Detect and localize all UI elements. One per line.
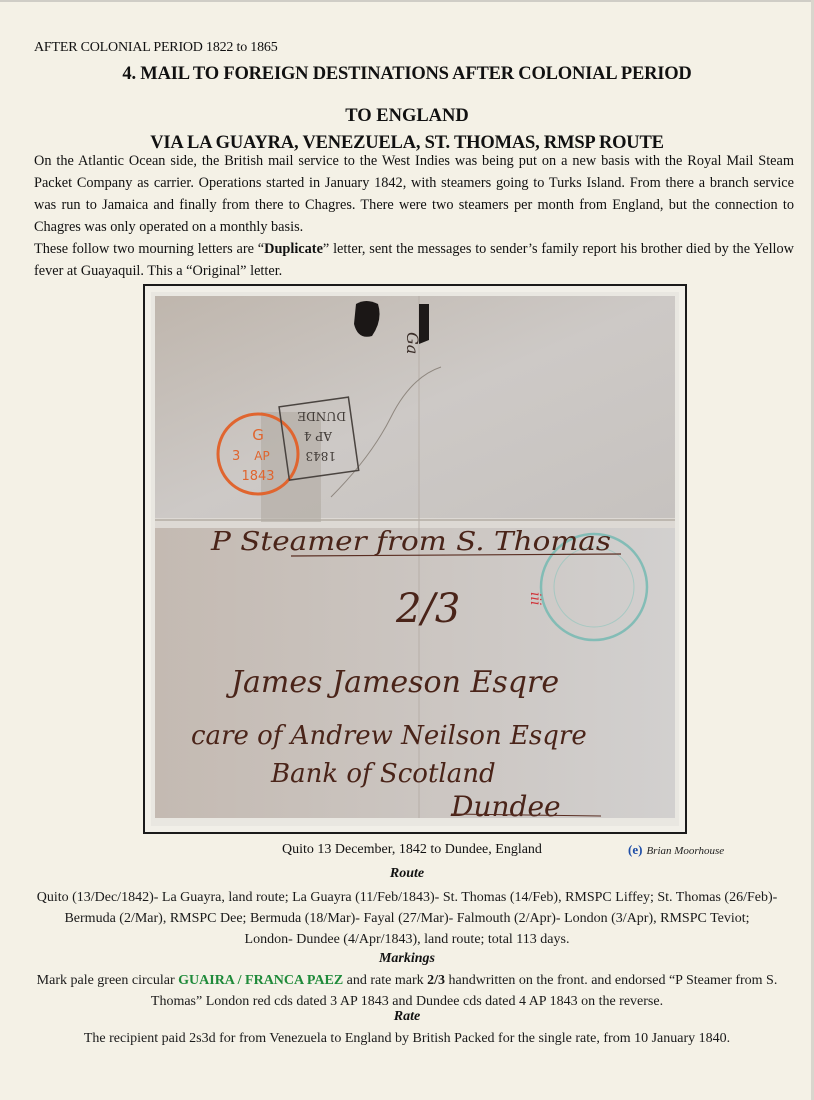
route-line: Bermuda (2/Mar), RMSPC Dee; Bermuda (18/…	[20, 908, 794, 929]
route-section-heading: Route	[0, 866, 814, 882]
docket-text: Ga	[403, 332, 422, 354]
svg-text:P Steamer from S. Thomas: P Steamer from S. Thomas	[210, 527, 611, 557]
route-description: Quito (13/Dec/1842)- La Guayra, land rou…	[20, 887, 794, 950]
svg-text:2/3: 2/3	[395, 586, 460, 632]
svg-text:AP 4: AP 4	[303, 429, 333, 443]
intro-paragraph-2: These follow two mourning letters are “D…	[34, 238, 794, 282]
rate-description: The recipient paid 2s3d for from Venezue…	[20, 1028, 794, 1049]
svg-text:1843: 1843	[305, 449, 336, 463]
svg-text:3: 3	[232, 449, 240, 464]
markings-text: and rate mark	[343, 973, 427, 988]
svg-text:Bank of Scotland: Bank of Scotland	[270, 759, 496, 789]
cover-caption: Quito 13 December, 1842 to Dundee, Engla…	[282, 842, 542, 858]
duplicate-emphasis: Duplicate	[264, 241, 323, 257]
period-label: AFTER COLONIAL PERIOD 1822 to 1865	[34, 40, 278, 56]
svg-text:care of Andrew Neilson Esqre: care of Andrew Neilson Esqre	[191, 721, 587, 751]
rate-section-heading: Rate	[0, 1009, 814, 1025]
destination-heading: TO ENGLAND	[0, 106, 814, 127]
credit-name: Brian Moorhouse	[646, 845, 724, 857]
page-title: 4. MAIL TO FOREIGN DESTINATIONS AFTER CO…	[0, 64, 814, 85]
rate-text: The recipient paid 2s3d for from Venezue…	[20, 1028, 794, 1049]
intro-text: On the Atlantic Ocean side, the British …	[34, 150, 794, 282]
route-line: Quito (13/Dec/1842)- La Guayra, land rou…	[20, 887, 794, 908]
markings-section-heading: Markings	[0, 951, 814, 967]
svg-text:G: G	[252, 426, 264, 444]
image-credit: (e)Brian Moorhouse	[628, 842, 724, 858]
cover-image-frame: Ga G 3 AP 1843 1843 AP 4 DUNDE	[143, 284, 687, 834]
markings-line-1: Mark pale green circular GUAIRA / FRANCA…	[20, 970, 794, 991]
svg-text:Dundee: Dundee	[450, 790, 561, 823]
intro-paragraph-1: On the Atlantic Ocean side, the British …	[34, 150, 794, 238]
markings-text: handwritten on the front. and endorsed “…	[445, 973, 777, 988]
green-mark-name: GUAIRA / FRANCA PAEZ	[178, 973, 343, 988]
svg-text:James Jameson Esqre: James Jameson Esqre	[225, 665, 559, 700]
svg-text:1843: 1843	[241, 469, 274, 484]
page-top-edge	[0, 0, 814, 2]
credit-symbol: (e)	[628, 842, 642, 857]
svg-text:DUNDE: DUNDE	[297, 409, 346, 423]
intro-p2-start: These follow two mourning letters are “	[34, 241, 264, 257]
markings-text: Mark pale green circular	[37, 973, 178, 988]
markings-description: Mark pale green circular GUAIRA / FRANCA…	[20, 970, 794, 1012]
cover-illustration: Ga G 3 AP 1843 1843 AP 4 DUNDE	[151, 292, 679, 826]
cover-letter-image: Ga G 3 AP 1843 1843 AP 4 DUNDE	[151, 292, 679, 826]
svg-text:AP: AP	[254, 449, 269, 463]
rate-mark: 2/3	[427, 973, 445, 988]
route-line: London- Dundee (4/Apr/1843), land route;…	[20, 929, 794, 950]
svg-text:iii: iii	[527, 592, 543, 605]
